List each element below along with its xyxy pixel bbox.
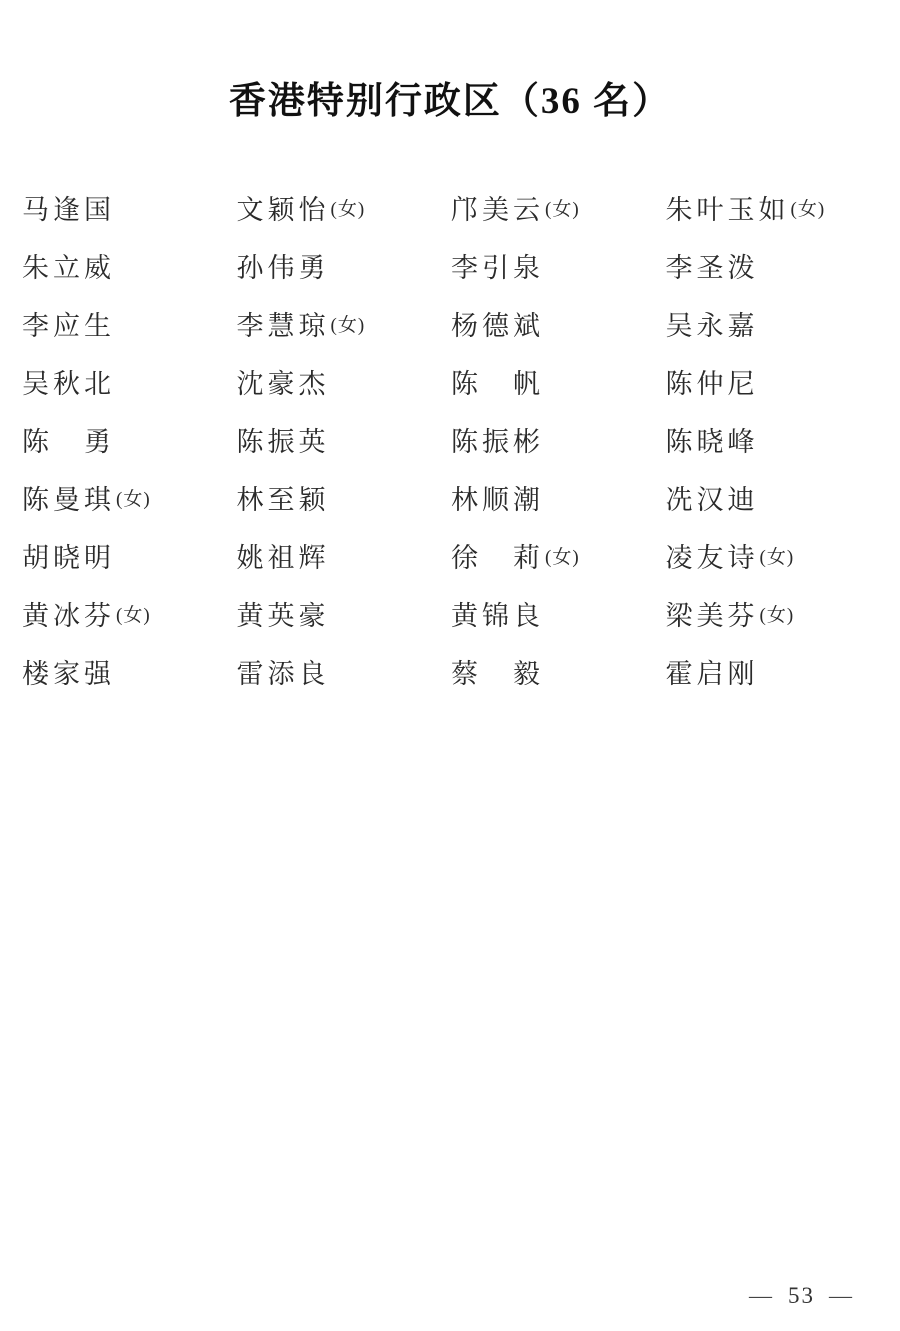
person-name-text: 文颖怡 xyxy=(237,188,330,227)
person-name: 霍启刚 xyxy=(666,642,881,700)
person-name: 冼汉迪 xyxy=(666,468,881,526)
person-name: 李应生 xyxy=(22,294,237,352)
person-name: 陈曼琪(女) xyxy=(22,468,237,526)
person-name: 雷添良 xyxy=(237,642,452,700)
person-name: 朱立威 xyxy=(22,236,237,294)
female-marker: (女) xyxy=(545,194,580,221)
person-name: 姚祖辉 xyxy=(237,526,452,584)
person-name-text: 徐 莉 xyxy=(451,536,544,575)
female-marker: (女) xyxy=(760,600,795,627)
female-marker: (女) xyxy=(116,600,151,627)
female-marker: (女) xyxy=(791,194,826,221)
person-name-text: 吴秋北 xyxy=(22,362,115,401)
female-marker: (女) xyxy=(545,542,580,569)
person-name: 马逢国 xyxy=(22,178,237,236)
person-name-text: 李圣泼 xyxy=(666,246,759,285)
person-name-text: 林顺潮 xyxy=(451,478,544,517)
person-name-text: 孙伟勇 xyxy=(237,246,330,285)
person-name-text: 梁美芬 xyxy=(666,594,759,633)
person-name: 凌友诗(女) xyxy=(666,526,881,584)
person-name: 李引泉 xyxy=(451,236,666,294)
person-name: 朱叶玉如(女) xyxy=(666,178,881,236)
person-name-text: 杨德斌 xyxy=(451,304,544,343)
person-name-text: 冼汉迪 xyxy=(666,478,759,517)
footer-right-dash: — xyxy=(829,1283,854,1308)
person-name: 邝美云(女) xyxy=(451,178,666,236)
person-name: 林至颖 xyxy=(237,468,452,526)
person-name: 楼家强 xyxy=(22,642,237,700)
person-name-text: 马逢国 xyxy=(22,188,115,227)
person-name-text: 陈曼琪 xyxy=(22,478,115,517)
female-marker: (女) xyxy=(331,194,366,221)
person-name: 陈仲尼 xyxy=(666,352,881,410)
page-title: 香港特别行政区（36 名） xyxy=(0,70,900,124)
page-footer: —53— xyxy=(749,1283,854,1309)
person-name: 孙伟勇 xyxy=(237,236,452,294)
document-page: 香港特别行政区（36 名） 马逢国文颖怡(女)邝美云(女)朱叶玉如(女)朱立威孙… xyxy=(0,0,900,1331)
person-name: 陈振彬 xyxy=(451,410,666,468)
person-name: 黄锦良 xyxy=(451,584,666,642)
person-name: 吴秋北 xyxy=(22,352,237,410)
person-name: 陈 勇 xyxy=(22,410,237,468)
person-name-text: 胡晓明 xyxy=(22,536,115,575)
person-name: 陈振英 xyxy=(237,410,452,468)
person-name-text: 邝美云 xyxy=(451,188,544,227)
person-name-text: 陈振英 xyxy=(237,420,330,459)
person-name-text: 林至颖 xyxy=(237,478,330,517)
person-name-text: 黄英豪 xyxy=(237,594,330,633)
person-name-text: 黄冰芬 xyxy=(22,594,115,633)
person-name: 黄冰芬(女) xyxy=(22,584,237,642)
page-number: 53 xyxy=(788,1283,815,1308)
person-name: 林顺潮 xyxy=(451,468,666,526)
person-name: 陈 帆 xyxy=(451,352,666,410)
person-name-text: 黄锦良 xyxy=(451,594,544,633)
person-name: 吴永嘉 xyxy=(666,294,881,352)
person-name-text: 霍启刚 xyxy=(666,652,759,691)
person-name-text: 陈 帆 xyxy=(451,362,544,401)
female-marker: (女) xyxy=(331,310,366,337)
footer-left-dash: — xyxy=(749,1283,774,1308)
person-name: 胡晓明 xyxy=(22,526,237,584)
person-name-text: 李慧琼 xyxy=(237,304,330,343)
person-name-text: 陈仲尼 xyxy=(666,362,759,401)
person-name: 梁美芬(女) xyxy=(666,584,881,642)
person-name: 沈豪杰 xyxy=(237,352,452,410)
person-name: 黄英豪 xyxy=(237,584,452,642)
person-name-text: 蔡 毅 xyxy=(451,652,544,691)
person-name-text: 楼家强 xyxy=(22,652,115,691)
person-name-text: 吴永嘉 xyxy=(666,304,759,343)
person-name-text: 李应生 xyxy=(22,304,115,343)
person-name: 李圣泼 xyxy=(666,236,881,294)
person-name: 李慧琼(女) xyxy=(237,294,452,352)
person-name-text: 陈 勇 xyxy=(22,420,115,459)
female-marker: (女) xyxy=(116,484,151,511)
female-marker: (女) xyxy=(760,542,795,569)
name-grid: 马逢国文颖怡(女)邝美云(女)朱叶玉如(女)朱立威孙伟勇李引泉李圣泼李应生李慧琼… xyxy=(22,178,880,700)
person-name: 杨德斌 xyxy=(451,294,666,352)
person-name-text: 朱叶玉如 xyxy=(666,188,790,227)
person-name-text: 雷添良 xyxy=(237,652,330,691)
person-name-text: 李引泉 xyxy=(451,246,544,285)
person-name-text: 陈晓峰 xyxy=(666,420,759,459)
person-name: 文颖怡(女) xyxy=(237,178,452,236)
person-name-text: 姚祖辉 xyxy=(237,536,330,575)
person-name-text: 朱立威 xyxy=(22,246,115,285)
person-name-text: 陈振彬 xyxy=(451,420,544,459)
person-name: 徐 莉(女) xyxy=(451,526,666,584)
person-name-text: 凌友诗 xyxy=(666,536,759,575)
person-name: 蔡 毅 xyxy=(451,642,666,700)
person-name: 陈晓峰 xyxy=(666,410,881,468)
person-name-text: 沈豪杰 xyxy=(237,362,330,401)
